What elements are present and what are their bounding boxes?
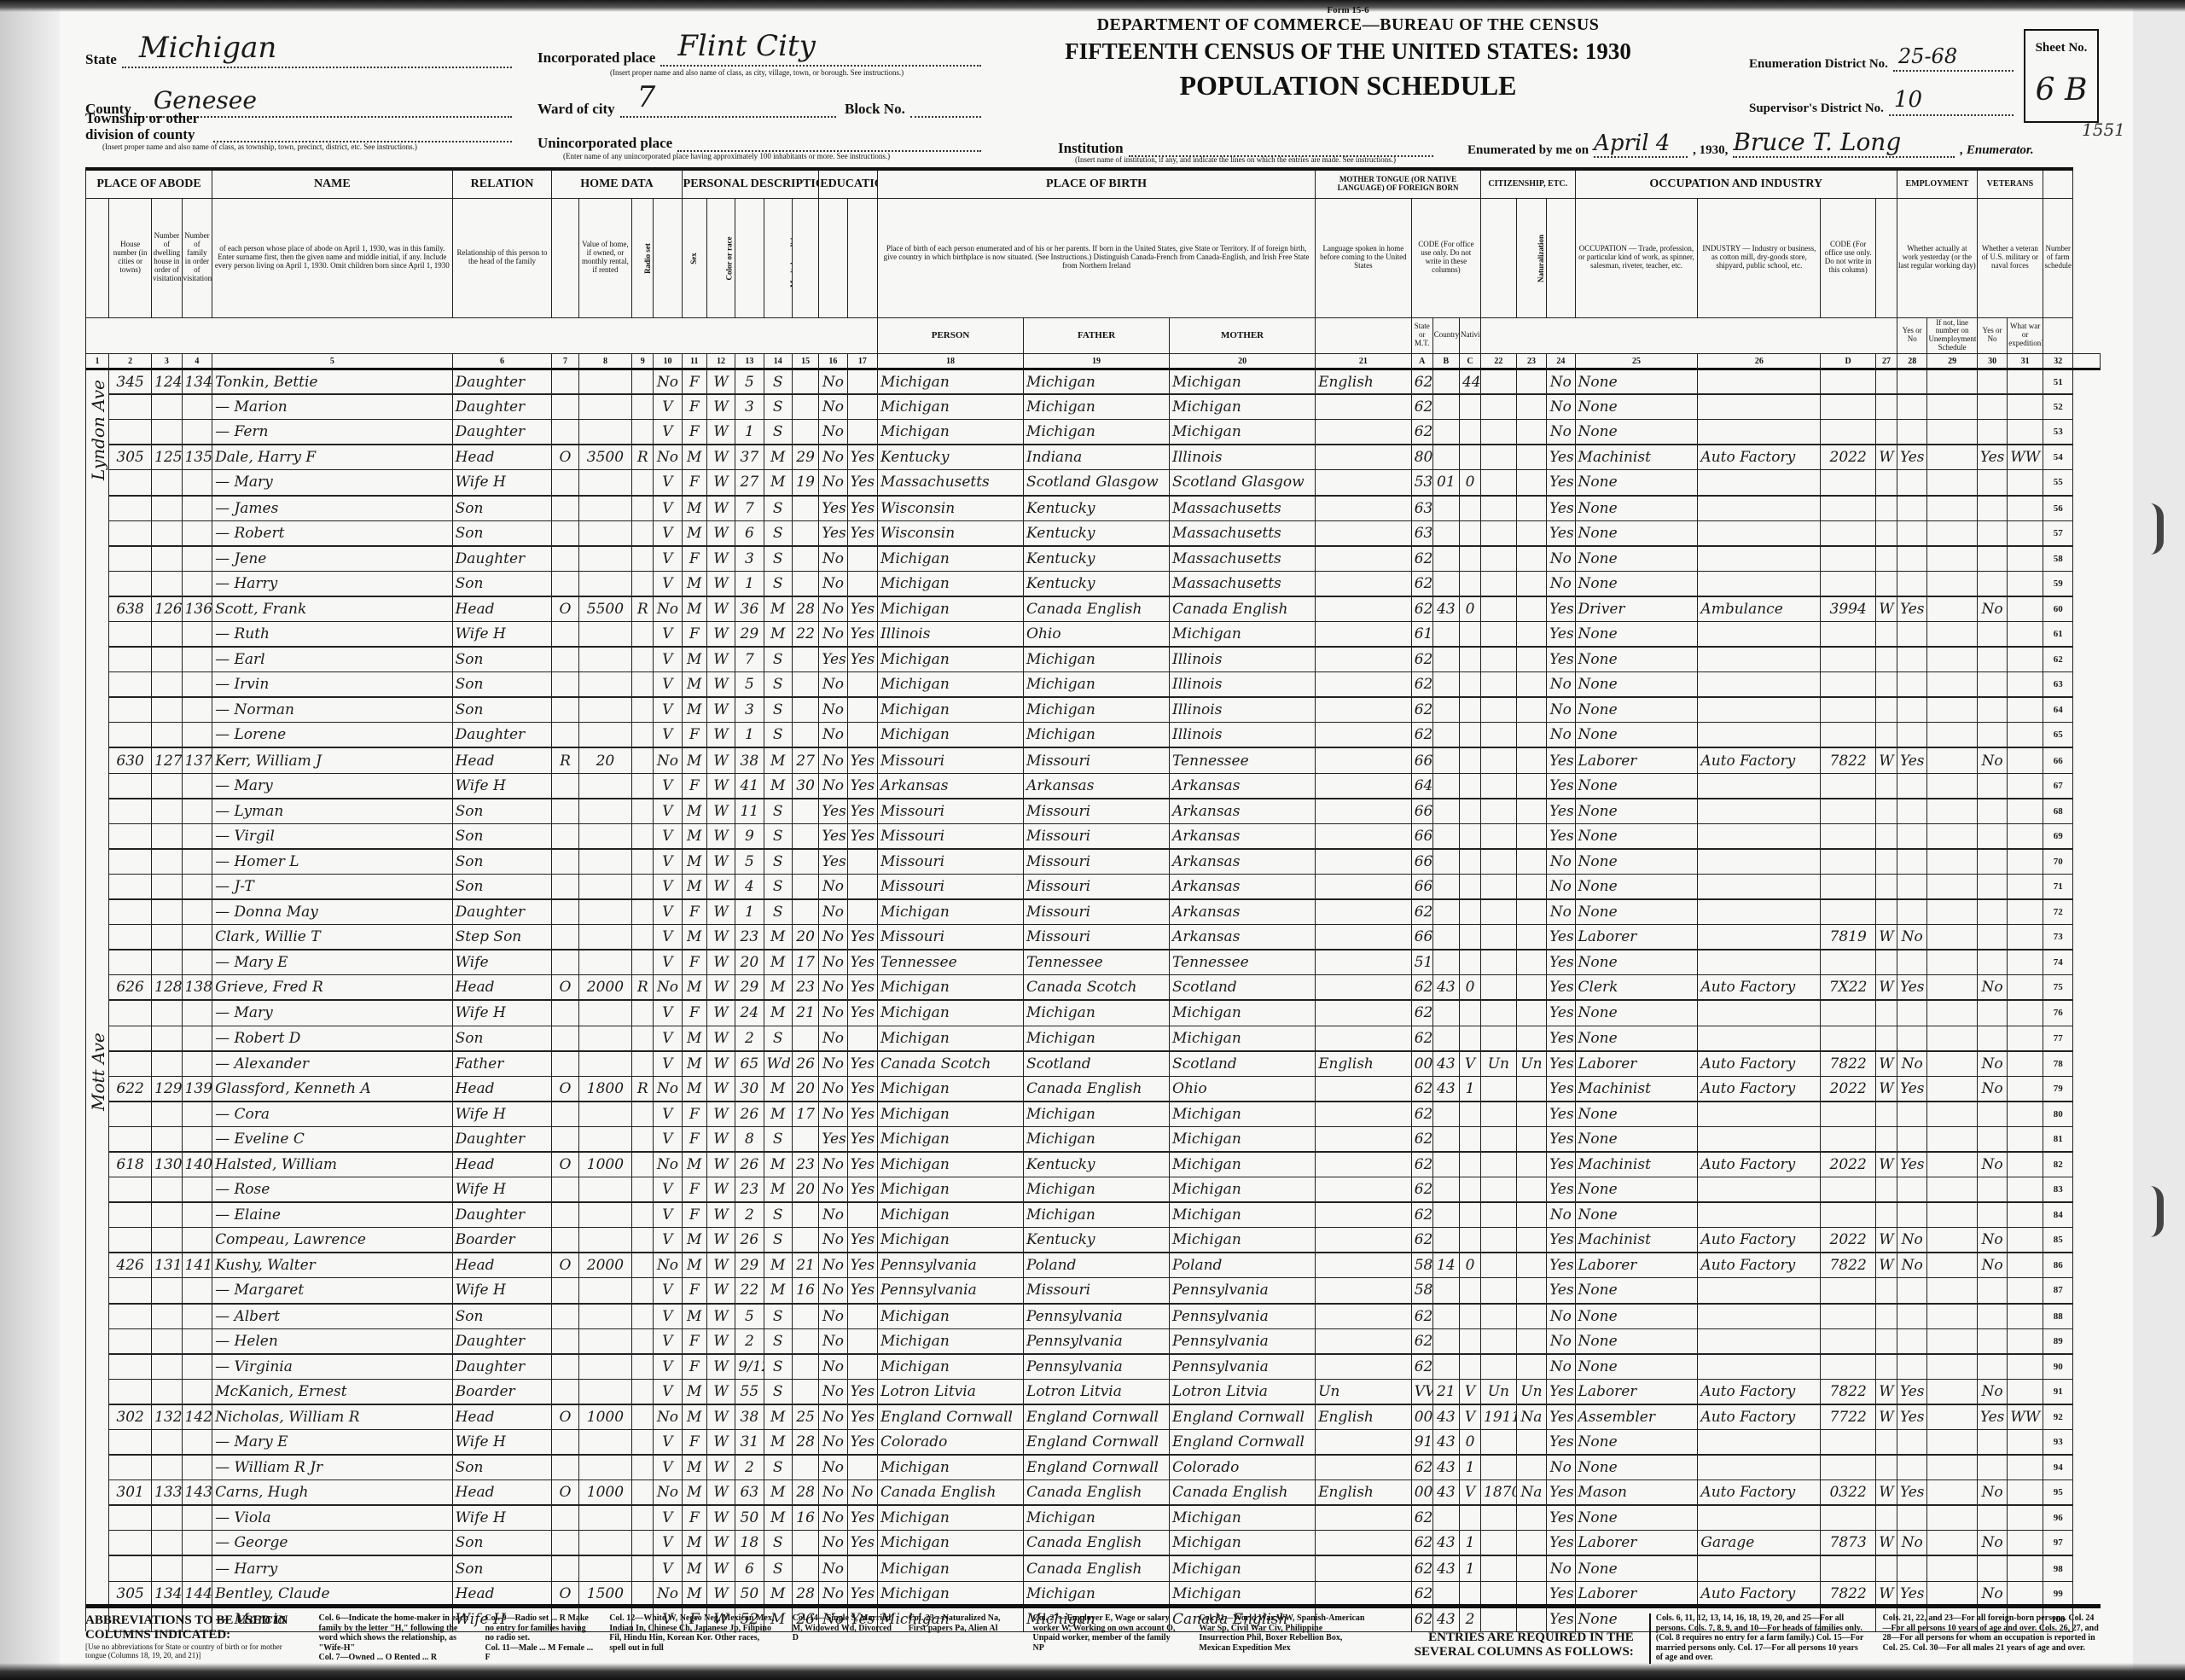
cell-work: [1897, 470, 1927, 496]
cell-family: [182, 950, 212, 975]
cell-mother: Illinois: [1170, 647, 1316, 672]
cell-occupation: None: [1575, 1102, 1698, 1127]
cell-unemp: [1927, 823, 1977, 849]
cell-read: Yes: [847, 1051, 877, 1077]
cell-school: No: [819, 899, 847, 925]
cell-tongue: [1316, 1505, 1412, 1531]
cell-english: Yes: [1547, 647, 1575, 672]
cell-occ-code: [1821, 1126, 1876, 1152]
cell-nat: [1516, 1455, 1546, 1480]
cell-nat: [1516, 1000, 1546, 1026]
cell-english: Yes: [1547, 1177, 1575, 1203]
cell-english: Yes: [1547, 470, 1575, 496]
cell-name: — Harry: [212, 571, 453, 596]
cell-codeA: 62: [1411, 647, 1432, 672]
cell-mother: Scotland: [1170, 975, 1316, 1001]
cell-school: No: [819, 874, 847, 899]
census-row: 305134144Bentley, ClaudeHeadO1500NoMW50M…: [86, 1581, 2101, 1607]
cell-war: [2008, 470, 2043, 496]
cell-read: Yes: [847, 1177, 877, 1203]
cell-age-marr: 20: [792, 1177, 818, 1203]
cell-value: [578, 470, 632, 496]
cell-owned: [552, 823, 578, 849]
cell-birth: Canada Scotch: [878, 1051, 1024, 1077]
cell-father: Arkansas: [1024, 773, 1170, 799]
cell-mother: Michigan: [1170, 1531, 1316, 1556]
cell-occupation: Machinist: [1575, 1076, 1698, 1102]
cell-occ-code: 2022: [1821, 1228, 1876, 1253]
cell-farm: V: [654, 925, 682, 950]
cell-class: W: [1875, 1253, 1897, 1278]
cell-codeC: [1459, 622, 1480, 648]
cell-industry: [1698, 823, 1821, 849]
column-number: C: [1459, 354, 1480, 369]
cell-imm: [1481, 1000, 1517, 1026]
cell-value: [578, 1126, 632, 1152]
cell-unemp: [1927, 622, 1977, 648]
cell-marital: S: [764, 520, 792, 546]
cell-war: [2008, 1026, 2043, 1051]
cell-name: — Cora: [212, 1102, 453, 1127]
cell-mother: Canada English: [1170, 596, 1316, 622]
cell-codeC: [1459, 723, 1480, 748]
cell-mother: Michigan: [1170, 1000, 1316, 1026]
cell-family: [182, 672, 212, 698]
cell-radio: [632, 874, 654, 899]
cell-sex: M: [682, 1555, 706, 1581]
line-number: 86: [2043, 1253, 2072, 1278]
cell-class: [1875, 823, 1897, 849]
cell-industry: Auto Factory: [1698, 1480, 1821, 1506]
census-row: — AlbertSonVMW5SNoMichiganPennsylvaniaPe…: [86, 1304, 2101, 1329]
cell-mother: Michigan: [1170, 1228, 1316, 1253]
cell-tongue: [1316, 723, 1412, 748]
cell-tongue: [1316, 420, 1412, 445]
cell-occ-code: [1821, 1505, 1876, 1531]
cell-age-marr: 16: [792, 1505, 818, 1531]
cell-industry: [1698, 1430, 1821, 1456]
cell-value: [578, 1202, 632, 1228]
cell-war: [2008, 1152, 2043, 1177]
cell-farm: V: [654, 1555, 682, 1581]
group-citizenship: CITIZENSHIP, ETC.: [1481, 169, 1576, 198]
cell-codeB: 43: [1432, 1455, 1459, 1480]
cell-nat: [1516, 1278, 1546, 1304]
cell-nat: [1516, 899, 1546, 925]
cell-imm: [1481, 470, 1517, 496]
column-number: 19: [1024, 354, 1170, 369]
cell-farm: No: [654, 1253, 682, 1278]
cell-age-marr: [792, 520, 818, 546]
cell-occ-code: 7X22: [1821, 975, 1876, 1001]
cell-english: No: [1547, 571, 1575, 596]
cell-unemp: [1927, 1455, 1977, 1480]
cell-school: No: [819, 697, 847, 723]
cell-vet: [1977, 520, 2007, 546]
cell-codeB: 43: [1432, 1480, 1459, 1506]
cell-radio: [632, 1304, 654, 1329]
cell-tongue: [1316, 1202, 1412, 1228]
cell-father: Kentucky: [1024, 1152, 1170, 1177]
cell-farm: V: [654, 697, 682, 723]
cell-father: Tennessee: [1024, 950, 1170, 975]
cell-family: [182, 622, 212, 648]
cell-age: 18: [735, 1531, 764, 1556]
cell-class: [1875, 1505, 1897, 1531]
cell-unemp: [1927, 925, 1977, 950]
cell-read: [847, 1026, 877, 1051]
cell-class: W: [1875, 1531, 1897, 1556]
cell-sex: M: [682, 1228, 706, 1253]
cell-imm: [1481, 747, 1517, 773]
line-number: 96: [2043, 1505, 2072, 1531]
line-number: 52: [2043, 394, 2072, 420]
cell-unemp: [1927, 799, 1977, 824]
cell-imm: [1481, 950, 1517, 975]
cell-nat: [1516, 1076, 1546, 1102]
cell-relation: Daughter: [452, 1354, 552, 1380]
col-veterans-header: Whether a veteran of U.S. military or na…: [1977, 198, 2043, 317]
cell-radio: [632, 950, 654, 975]
cell-codeB: [1432, 823, 1459, 849]
cell-name: — Fern: [212, 420, 453, 445]
cell-marital: M: [764, 1177, 792, 1203]
cell-mother: Lotron Litvia: [1170, 1379, 1316, 1404]
cell-school: No: [819, 975, 847, 1001]
cell-work: [1897, 369, 1927, 395]
cell-house: [109, 1328, 152, 1354]
cell-occupation: Clerk: [1575, 975, 1698, 1001]
cell-imm: [1481, 420, 1517, 445]
cell-war: [2008, 571, 2043, 596]
cell-occupation: None: [1575, 1304, 1698, 1329]
cell-class: W: [1875, 1051, 1897, 1077]
cell-name: — Mary: [212, 773, 453, 799]
cell-house: [109, 1051, 152, 1077]
enumerated-by-line: Enumerated by me on April 4 , 1930, Bruc…: [1467, 128, 2034, 158]
cell-race: W: [706, 1253, 735, 1278]
cell-read: Yes: [847, 470, 877, 496]
cell-imm: [1481, 874, 1517, 899]
cell-nat: [1516, 799, 1546, 824]
cell-owned: [552, 546, 578, 572]
cell-occ-code: [1821, 470, 1876, 496]
cell-race: W: [706, 1177, 735, 1203]
cell-class: W: [1875, 1379, 1897, 1404]
cell-age: 7: [735, 496, 764, 521]
line-number: 87: [2043, 1278, 2072, 1304]
cell-dwelling: [152, 1102, 182, 1127]
cell-family: [182, 1177, 212, 1203]
cell-english: Yes: [1547, 950, 1575, 975]
cell-relation: Son: [452, 1026, 552, 1051]
cell-english: No: [1547, 723, 1575, 748]
line-number: 53: [2043, 420, 2072, 445]
cell-industry: [1698, 1555, 1821, 1581]
cell-industry: [1698, 899, 1821, 925]
cell-farm: V: [654, 1126, 682, 1152]
line-number: 66: [2043, 747, 2072, 773]
cell-father: Missouri: [1024, 1278, 1170, 1304]
cell-imm: [1481, 394, 1517, 420]
cell-codeA: 62: [1411, 1202, 1432, 1228]
census-rows: Lyndon Ave345124134Tonkin, BettieDaughte…: [86, 369, 2101, 1632]
cell-relation: Son: [452, 799, 552, 824]
cell-war: [2008, 1202, 2043, 1228]
cell-house: 301: [109, 1480, 152, 1506]
cell-work: Yes: [1897, 596, 1927, 622]
cell-codeB: [1432, 394, 1459, 420]
cell-house: [109, 773, 152, 799]
census-row: — JeneDaughterVFW3SNoMichiganKentuckyMas…: [86, 546, 2101, 572]
cell-age-marr: [792, 546, 818, 572]
cell-occupation: Driver: [1575, 596, 1698, 622]
cell-occ-code: [1821, 1177, 1876, 1203]
cell-birth: Michigan: [878, 1177, 1024, 1203]
cell-father: Kentucky: [1024, 496, 1170, 521]
cell-father: Michigan: [1024, 697, 1170, 723]
cell-dwelling: 124: [152, 369, 182, 395]
cell-race: W: [706, 1228, 735, 1253]
cell-vet: [1977, 496, 2007, 521]
cell-age: 1: [735, 571, 764, 596]
column-number: 13: [735, 354, 764, 369]
cell-age: 5: [735, 369, 764, 395]
cell-industry: Auto Factory: [1698, 1404, 1821, 1430]
cell-codeC: [1459, 1102, 1480, 1127]
col-naturalization-header: Naturalization: [1516, 198, 1546, 317]
cell-codeB: [1432, 571, 1459, 596]
cell-codeB: [1432, 773, 1459, 799]
col-relation-header: Relationship of this person to the head …: [452, 198, 552, 317]
cell-birth: Michigan: [878, 723, 1024, 748]
cell-codeB: 43: [1432, 1430, 1459, 1456]
cell-name: Glassford, Kenneth A: [212, 1076, 453, 1102]
cell-work: No: [1897, 1051, 1927, 1077]
cell-codeB: [1432, 874, 1459, 899]
cell-school: No: [819, 1480, 847, 1506]
cell-vet: No: [1977, 596, 2007, 622]
cell-english: Yes: [1547, 823, 1575, 849]
cell-sex: M: [682, 1581, 706, 1607]
cell-school: Yes: [819, 849, 847, 875]
cell-unemp: [1927, 1051, 1977, 1077]
cell-value: [578, 1505, 632, 1531]
cell-nat: [1516, 571, 1546, 596]
cell-radio: [632, 747, 654, 773]
cell-codeB: [1432, 1581, 1459, 1607]
cell-war: [2008, 1581, 2043, 1607]
cell-dwelling: [152, 1354, 182, 1380]
supervisor-district-value: 10: [1894, 87, 1922, 113]
cell-sex: F: [682, 1102, 706, 1127]
cell-industry: [1698, 925, 1821, 950]
township-field: Township or other division of county (In…: [85, 111, 512, 151]
cell-war: [2008, 899, 2043, 925]
cell-age-marr: 17: [792, 1102, 818, 1127]
cell-unemp: [1927, 1152, 1977, 1177]
cell-occ-code: [1821, 723, 1876, 748]
cell-age-marr: 27: [792, 747, 818, 773]
cell-family: [182, 1228, 212, 1253]
column-number: 25: [1575, 354, 1698, 369]
cell-relation: Daughter: [452, 394, 552, 420]
cell-birth: Pennsylvania: [878, 1253, 1024, 1278]
cell-read: Yes: [847, 1126, 877, 1152]
cell-mother: Arkansas: [1170, 925, 1316, 950]
cell-age: 55: [735, 1379, 764, 1404]
line-number: 94: [2043, 1455, 2072, 1480]
cell-mother: Arkansas: [1170, 823, 1316, 849]
cell-name: — Jene: [212, 546, 453, 572]
cell-sex: F: [682, 1202, 706, 1228]
cell-age: 2: [735, 1026, 764, 1051]
cell-mother: Pennsylvania: [1170, 1354, 1316, 1380]
cell-owned: O: [552, 975, 578, 1001]
column-number: D: [1821, 354, 1876, 369]
cell-nat: Na: [1516, 1404, 1546, 1430]
cell-race: W: [706, 1000, 735, 1026]
cell-occ-code: 2022: [1821, 1152, 1876, 1177]
cell-dwelling: 127: [152, 747, 182, 773]
cell-work: Yes: [1897, 1581, 1927, 1607]
cell-codeA: 62: [1411, 1505, 1432, 1531]
cell-house: [109, 571, 152, 596]
cell-house: [109, 1000, 152, 1026]
cell-unemp: [1927, 596, 1977, 622]
cell-age-marr: 23: [792, 1152, 818, 1177]
cell-imm: [1481, 899, 1517, 925]
cell-nat: [1516, 975, 1546, 1001]
cell-age-marr: [792, 1202, 818, 1228]
cell-vet: No: [1977, 1531, 2007, 1556]
cell-age-marr: [792, 1304, 818, 1329]
cell-race: W: [706, 1102, 735, 1127]
cell-war: [2008, 1278, 2043, 1304]
cell-work: Yes: [1897, 975, 1927, 1001]
cell-family: 143: [182, 1480, 212, 1506]
cell-race: W: [706, 1076, 735, 1102]
cell-farm: No: [654, 445, 682, 470]
cell-war: [2008, 420, 2043, 445]
cell-codeB: 43: [1432, 596, 1459, 622]
census-row: 626128138Grieve, Fred RHeadO2000RNoMW29M…: [86, 975, 2101, 1001]
cell-farm: V: [654, 874, 682, 899]
cell-age-marr: [792, 723, 818, 748]
cell-codeA: 66: [1411, 799, 1432, 824]
col-industry-header: INDUSTRY — Industry or business, as cott…: [1698, 198, 1821, 317]
cell-age-marr: 28: [792, 1480, 818, 1506]
cell-relation: Daughter: [452, 899, 552, 925]
cell-mother: Canada English: [1170, 1480, 1316, 1506]
schedule-title: POPULATION SCHEDULE: [1041, 70, 1655, 102]
state-field: State Michigan: [85, 34, 512, 68]
cell-mother: Michigan: [1170, 622, 1316, 648]
cell-read: [847, 571, 877, 596]
cell-occupation: Mason: [1575, 1480, 1698, 1506]
cell-class: W: [1875, 1581, 1897, 1607]
cell-radio: [632, 1051, 654, 1077]
cell-unemp: [1927, 1505, 1977, 1531]
cell-read: Yes: [847, 1000, 877, 1026]
cell-tongue: [1316, 1253, 1412, 1278]
cell-age: 36: [735, 596, 764, 622]
cell-occupation: None: [1575, 369, 1698, 395]
cell-read: [847, 1304, 877, 1329]
cell-name: Bentley, Claude: [212, 1581, 453, 1607]
cell-age: 38: [735, 747, 764, 773]
cell-codeC: [1459, 1304, 1480, 1329]
cell-radio: R: [632, 975, 654, 1001]
cell-age: 26: [735, 1102, 764, 1127]
cell-read: Yes: [847, 1581, 877, 1607]
cell-work: [1897, 1177, 1927, 1203]
cell-unemp: [1927, 975, 1977, 1001]
cell-sex: M: [682, 496, 706, 521]
column-number: 16: [819, 354, 847, 369]
cell-nat: Un: [1516, 1051, 1546, 1077]
cell-school: No: [819, 1555, 847, 1581]
cell-codeB: [1432, 1177, 1459, 1203]
group-relation: RELATION: [452, 169, 552, 198]
cell-age-marr: 30: [792, 773, 818, 799]
census-row: 618130140Halsted, WilliamHeadO1000NoMW26…: [86, 1152, 2101, 1177]
cell-tongue: [1316, 520, 1412, 546]
cell-sex: F: [682, 420, 706, 445]
cell-farm: V: [654, 496, 682, 521]
cell-dwelling: [152, 1455, 182, 1480]
cell-codeA: 62: [1411, 899, 1432, 925]
cell-birth: Michigan: [878, 420, 1024, 445]
cell-nat: [1516, 925, 1546, 950]
cell-vet: [1977, 1278, 2007, 1304]
cell-nat: [1516, 1152, 1546, 1177]
line-number: 68: [2043, 799, 2072, 824]
cell-imm: [1481, 496, 1517, 521]
cell-house: [109, 1202, 152, 1228]
cell-age-marr: 26: [792, 1051, 818, 1077]
cell-school: No: [819, 1228, 847, 1253]
cell-war: [2008, 849, 2043, 875]
cell-mother: Arkansas: [1170, 874, 1316, 899]
cell-occupation: None: [1575, 470, 1698, 496]
cell-codeB: [1432, 672, 1459, 698]
cell-tongue: [1316, 1228, 1412, 1253]
cell-imm: [1481, 1102, 1517, 1127]
cell-marital: M: [764, 1505, 792, 1531]
cell-vet: [1977, 950, 2007, 975]
cell-codeC: [1459, 420, 1480, 445]
cell-school: No: [819, 1581, 847, 1607]
cell-owned: O: [552, 1404, 578, 1430]
cell-unemp: [1927, 773, 1977, 799]
cell-father: Michigan: [1024, 647, 1170, 672]
cell-vet: No: [1977, 747, 2007, 773]
cell-dwelling: 125: [152, 445, 182, 470]
col-father-header: FATHER: [1024, 317, 1170, 354]
cell-tongue: [1316, 1076, 1412, 1102]
cell-farm: V: [654, 546, 682, 572]
cell-industry: [1698, 394, 1821, 420]
cell-name: Carns, Hugh: [212, 1480, 453, 1506]
cell-school: No: [819, 1102, 847, 1127]
cell-war: [2008, 672, 2043, 698]
cell-english: Yes: [1547, 925, 1575, 950]
cell-name: — Elaine: [212, 1202, 453, 1228]
cell-father: Michigan: [1024, 723, 1170, 748]
cell-tongue: [1316, 672, 1412, 698]
column-number: 14: [764, 354, 792, 369]
